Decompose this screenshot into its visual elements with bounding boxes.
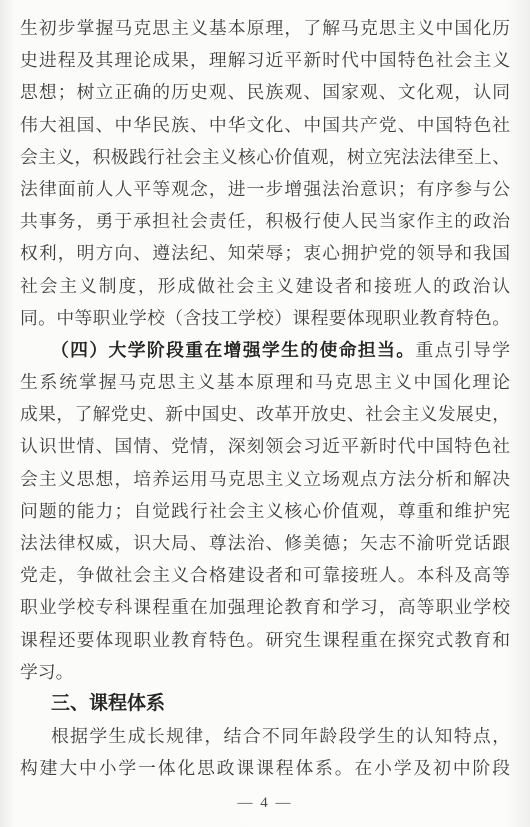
section4-lead-line: （四）大学阶段重在增强学生的使命担当。重点引导学 <box>20 334 510 366</box>
body-line-16: 问题的能力；自觉践行社会主义核心价值观，尊重和维护宪 <box>20 495 510 527</box>
body-line-24: 构建大中小学一体化思政课课程体系。在小学及初中阶段 <box>20 752 510 784</box>
body-line-12: 生系统掌握马克思主义基本原理和马克思主义中国化理论 <box>20 366 510 398</box>
body-line-10: 同。中等职业学校（含技工学校）课程要体现职业教育特色。 <box>20 302 510 334</box>
body-line-18: 党走，争做社会主义合格建设者和可靠接班人。本科及高等 <box>20 559 510 591</box>
body-line-7: 共事务，勇于承担社会责任，积极行使人民当家作主的政治 <box>20 205 510 237</box>
body-line-14: 认识世情、国情、党情，深刻领会习近平新时代中国特色社 <box>20 430 510 462</box>
body-line-1: 生初步掌握马克思主义基本原理，了解马克思主义中国化历 <box>20 12 510 44</box>
body-line-9: 社会主义制度，形成做社会主义建设者和接班人的政治认 <box>20 270 510 302</box>
body-line-15: 会主义思想，培养运用马克思主义立场观点方法分析和解决 <box>20 463 510 495</box>
page-number: — 4 — <box>20 793 510 813</box>
body-line-17: 法法律权威，识大局、尊法治、修美德；矢志不渝听党话跟 <box>20 527 510 559</box>
body-line-20: 课程还要体现职业教育特色。研究生课程重在探究式教育和 <box>20 624 510 656</box>
section3-heading-courses: 三、课程体系 <box>20 688 510 720</box>
body-line-3: 思想；树立正确的历史观、民族观、国家观、文化观，认同 <box>20 76 510 108</box>
section4-heading: （四）大学阶段重在增强学生的使命担当。 <box>51 340 415 360</box>
section4-lead-rest: 重点引导学 <box>415 340 510 360</box>
body-line-23: 根据学生成长规律，结合不同年龄段学生的认知特点， <box>20 720 510 752</box>
body-line-5: 会主义，积极践行社会主义核心价值观，树立宪法法律至上、 <box>20 141 510 173</box>
body-line-19: 职业学校专科课程重在加强理论教育和学习，高等职业学校 <box>20 591 510 623</box>
body-line-8: 权利，明方向、遵法纪、知荣辱；衷心拥护党的领导和我国 <box>20 237 510 269</box>
body-line-6: 法律面前人人平等观念，进一步增强法治意识；有序参与公 <box>20 173 510 205</box>
body-line-4: 伟大祖国、中华民族、中华文化、中国共产党、中国特色社 <box>20 109 510 141</box>
body-line-13: 成果，了解党史、新中国史、改革开放史、社会主义发展史， <box>20 398 510 430</box>
document-page: 生初步掌握马克思主义基本原理，了解马克思主义中国化历 史进程及其理论成果，理解习… <box>0 0 530 827</box>
body-line-2: 史进程及其理论成果，理解习近平新时代中国特色社会主义 <box>20 44 510 76</box>
body-line-21: 学习。 <box>20 656 510 688</box>
